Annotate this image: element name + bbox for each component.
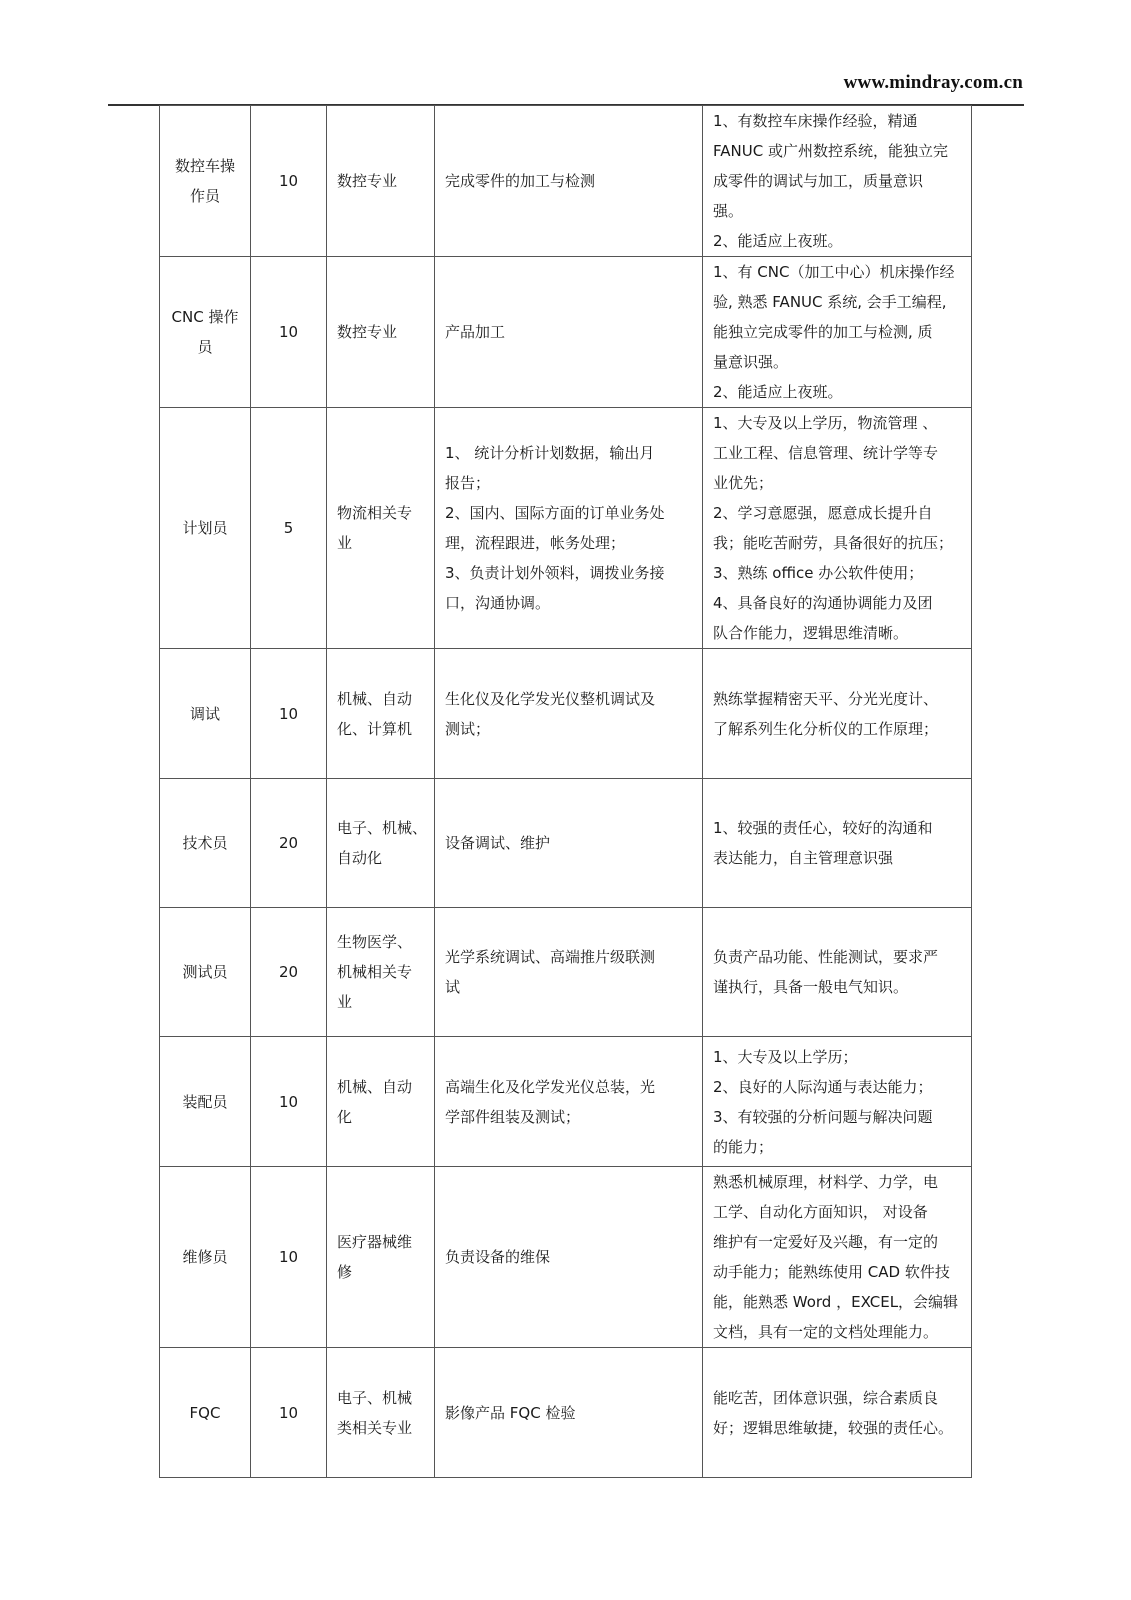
cell-text-line: 工学、自动化方面知识， 对设备 (713, 1197, 961, 1227)
cell-text-line: 报告； (445, 468, 692, 498)
cell-text-line: 机械、自动 (337, 684, 424, 714)
table-row: 调试10机械、自动化、计算机生化仪及化学发光仪整机调试及测试；熟练掌握精密天平、… (160, 649, 972, 779)
headcount-cell: 10 (251, 1037, 327, 1167)
job-title-cell: 数控车操作员 (160, 106, 251, 257)
headcount-cell: 10 (251, 1167, 327, 1348)
duty-cell: 设备调试、维护 (435, 779, 703, 908)
cell-text-line: 业 (337, 528, 424, 558)
requirements-cell: 1、大专及以上学历；2、良好的人际沟通与表达能力；3、有较强的分析问题与解决问题… (703, 1037, 972, 1167)
cell-text-line: 高端生化及化学发光仪总装，光 (445, 1072, 692, 1102)
cell-text-line: 1、 统计分析计划数据，输出月 (445, 438, 692, 468)
table-row: 维修员10医疗器械维修负责设备的维保熟悉机械原理，材料学、力学，电工学、自动化方… (160, 1167, 972, 1348)
requirements-cell: 负责产品功能、性能测试，要求严谨执行，具备一般电气知识。 (703, 908, 972, 1037)
cell-text-line: 量意识强。 (713, 347, 961, 377)
cell-text-line: 生化仪及化学发光仪整机调试及 (445, 684, 692, 714)
cell-text-line: 1、较强的责任心，较好的沟通和 (713, 813, 961, 843)
duty-cell: 生化仪及化学发光仪整机调试及测试； (435, 649, 703, 779)
cell-text: 10 (279, 705, 298, 723)
headcount-cell: 20 (251, 908, 327, 1037)
cell-text-line: 1、大专及以上学历，物流管理 、 (713, 408, 961, 438)
cell-text-line: 工业工程、信息管理、统计学等专 (713, 438, 961, 468)
cell-text: 10 (279, 1248, 298, 1266)
cell-text-line: 电子、机械 (337, 1383, 424, 1413)
cell-text-line: 口，沟通协调。 (445, 588, 692, 618)
cell-text-line: 负责产品功能、性能测试，要求严 (713, 942, 961, 972)
cell-text-line: 3、有较强的分析问题与解决问题 (713, 1102, 961, 1132)
cell-text: 10 (279, 172, 298, 190)
cell-text: 10 (279, 323, 298, 341)
cell-text-line: 业优先； (713, 468, 961, 498)
cell-text-line: 数控专业 (337, 166, 424, 196)
table-row: CNC 操作员10数控专业产品加工1、有 CNC（加工中心）机床操作经验, 熟悉… (160, 257, 972, 408)
major-cell: 电子、机械类相关专业 (327, 1348, 435, 1478)
job-title-cell: CNC 操作员 (160, 257, 251, 408)
cell-text-line: 维修员 (170, 1242, 240, 1272)
cell-text-line: 表达能力，自主管理意识强 (713, 843, 961, 873)
table-row: 技术员20电子、机械、自动化设备调试、维护1、较强的责任心，较好的沟通和表达能力… (160, 779, 972, 908)
cell-text-line: 强。 (713, 196, 961, 226)
requirements-cell: 熟练掌握精密天平、分光光度计、了解系列生化分析仪的工作原理； (703, 649, 972, 779)
cell-text-line: 影像产品 FQC 检验 (445, 1398, 692, 1428)
cell-text-line: 设备调试、维护 (445, 828, 692, 858)
requirements-cell: 1、较强的责任心，较好的沟通和表达能力，自主管理意识强 (703, 779, 972, 908)
cell-text-line: 能独立完成零件的加工与检测, 质 (713, 317, 961, 347)
job-title-cell: 维修员 (160, 1167, 251, 1348)
requirements-cell: 1、有数控车床操作经验，精通FANUC 或广州数控系统，能独立完成零件的调试与加… (703, 106, 972, 257)
job-title-cell: FQC (160, 1348, 251, 1478)
cell-text-line: 2、学习意愿强，愿意成长提升自 (713, 498, 961, 528)
cell-text-line: 文档，具有一定的文档处理能力。 (713, 1317, 961, 1347)
cell-text-line: 数控专业 (337, 317, 424, 347)
cell-text-line: 维护有一定爱好及兴趣，有一定的 (713, 1227, 961, 1257)
headcount-cell: 5 (251, 408, 327, 649)
cell-text-line: FANUC 或广州数控系统，能独立完 (713, 136, 961, 166)
cell-text-line: 调试 (170, 699, 240, 729)
major-cell: 数控专业 (327, 106, 435, 257)
cell-text-line: 4、具备良好的沟通协调能力及团 (713, 588, 961, 618)
cell-text-line: 学部件组装及测试； (445, 1102, 692, 1132)
cell-text-line: 自动化 (337, 843, 424, 873)
job-title-cell: 技术员 (160, 779, 251, 908)
cell-text-line: 电子、机械、 (337, 813, 424, 843)
cell-text-line: 能，能熟悉 Word ，EXCEL，会编辑 (713, 1287, 961, 1317)
cell-text-line: 2、能适应上夜班。 (713, 377, 961, 407)
cell-text-line: 员 (170, 332, 240, 362)
headcount-cell: 10 (251, 649, 327, 779)
requirements-cell: 1、大专及以上学历，物流管理 、工业工程、信息管理、统计学等专业优先；2、学习意… (703, 408, 972, 649)
cell-text-line: 装配员 (170, 1087, 240, 1117)
table-row: FQC10电子、机械类相关专业影像产品 FQC 检验能吃苦，团体意识强，综合素质… (160, 1348, 972, 1478)
headcount-cell: 10 (251, 106, 327, 257)
cell-text-line: 好；逻辑思维敏捷，较强的责任心。 (713, 1413, 961, 1443)
job-title-cell: 测试员 (160, 908, 251, 1037)
major-cell: 机械、自动化、计算机 (327, 649, 435, 779)
cell-text-line: 作员 (170, 181, 240, 211)
headcount-cell: 10 (251, 1348, 327, 1478)
job-title-cell: 计划员 (160, 408, 251, 649)
duty-cell: 完成零件的加工与检测 (435, 106, 703, 257)
cell-text-line: 试 (445, 972, 692, 1002)
cell-text-line: 计划员 (170, 513, 240, 543)
cell-text-line: 光学系统调试、高端推片级联测 (445, 942, 692, 972)
major-cell: 医疗器械维修 (327, 1167, 435, 1348)
job-title-cell: 装配员 (160, 1037, 251, 1167)
cell-text-line: 3、负责计划外领料，调拨业务接 (445, 558, 692, 588)
cell-text: 20 (279, 963, 298, 981)
cell-text-line: 业 (337, 987, 424, 1017)
cell-text-line: 成零件的调试与加工，质量意识 (713, 166, 961, 196)
table-row: 测试员20生物医学、机械相关专业光学系统调试、高端推片级联测试负责产品功能、性能… (160, 908, 972, 1037)
major-cell: 数控专业 (327, 257, 435, 408)
duty-cell: 高端生化及化学发光仪总装，光学部件组装及测试； (435, 1037, 703, 1167)
cell-text-line: 2、国内、国际方面的订单业务处 (445, 498, 692, 528)
cell-text-line: 数控车操 (170, 151, 240, 181)
cell-text-line: 了解系列生化分析仪的工作原理； (713, 714, 961, 744)
cell-text-line: 负责设备的维保 (445, 1242, 692, 1272)
cell-text-line: 产品加工 (445, 317, 692, 347)
cell-text-line: 2、良好的人际沟通与表达能力； (713, 1072, 961, 1102)
cell-text-line: 完成零件的加工与检测 (445, 166, 692, 196)
major-cell: 生物医学、机械相关专业 (327, 908, 435, 1037)
cell-text: 5 (284, 519, 294, 537)
requirements-cell: 能吃苦，团体意识强，综合素质良好；逻辑思维敏捷，较强的责任心。 (703, 1348, 972, 1478)
cell-text-line: 物流相关专 (337, 498, 424, 528)
cell-text-line: 生物医学、 (337, 927, 424, 957)
cell-text-line: 队合作能力，逻辑思维清晰。 (713, 618, 961, 648)
cell-text-line: 1、有数控车床操作经验，精通 (713, 106, 961, 136)
cell-text-line: 修 (337, 1257, 424, 1287)
cell-text: 10 (279, 1093, 298, 1111)
cell-text-line: 动手能力；能熟练使用 CAD 软件技 (713, 1257, 961, 1287)
cell-text-line: FQC (170, 1398, 240, 1428)
cell-text-line: 能吃苦，团体意识强，综合素质良 (713, 1383, 961, 1413)
cell-text-line: 测试员 (170, 957, 240, 987)
cell-text-line: 1、有 CNC（加工中心）机床操作经 (713, 257, 961, 287)
duty-cell: 1、 统计分析计划数据，输出月报告；2、国内、国际方面的订单业务处理，流程跟进，… (435, 408, 703, 649)
major-cell: 电子、机械、自动化 (327, 779, 435, 908)
duty-cell: 负责设备的维保 (435, 1167, 703, 1348)
cell-text-line: 谨执行，具备一般电气知识。 (713, 972, 961, 1002)
cell-text-line: CNC 操作 (170, 302, 240, 332)
cell-text-line: 机械、自动 (337, 1072, 424, 1102)
requirements-cell: 熟悉机械原理，材料学、力学，电工学、自动化方面知识， 对设备维护有一定爱好及兴趣… (703, 1167, 972, 1348)
duty-cell: 产品加工 (435, 257, 703, 408)
cell-text-line: 1、大专及以上学历； (713, 1042, 961, 1072)
table-row: 装配员10机械、自动化高端生化及化学发光仪总装，光学部件组装及测试；1、大专及以… (160, 1037, 972, 1167)
job-title-cell: 调试 (160, 649, 251, 779)
cell-text-line: 3、熟练 office 办公软件使用； (713, 558, 961, 588)
cell-text: 10 (279, 1404, 298, 1422)
table-row: 计划员5物流相关专业1、 统计分析计划数据，输出月报告；2、国内、国际方面的订单… (160, 408, 972, 649)
cell-text-line: 验, 熟悉 FANUC 系统, 会手工编程, (713, 287, 961, 317)
duty-cell: 影像产品 FQC 检验 (435, 1348, 703, 1478)
cell-text-line: 化 (337, 1102, 424, 1132)
cell-text-line: 2、能适应上夜班。 (713, 226, 961, 256)
cell-text-line: 测试； (445, 714, 692, 744)
cell-text-line: 机械相关专 (337, 957, 424, 987)
cell-text-line: 熟悉机械原理，材料学、力学，电 (713, 1167, 961, 1197)
cell-text-line: 熟练掌握精密天平、分光光度计、 (713, 684, 961, 714)
cell-text-line: 理，流程跟进，帐务处理； (445, 528, 692, 558)
major-cell: 物流相关专业 (327, 408, 435, 649)
cell-text-line: 类相关专业 (337, 1413, 424, 1443)
cell-text-line: 我；能吃苦耐劳，具备很好的抗压； (713, 528, 961, 558)
job-openings-table: 数控车操作员10数控专业完成零件的加工与检测1、有数控车床操作经验，精通FANU… (159, 105, 972, 1478)
cell-text-line: 的能力； (713, 1132, 961, 1162)
cell-text-line: 技术员 (170, 828, 240, 858)
major-cell: 机械、自动化 (327, 1037, 435, 1167)
cell-text-line: 医疗器械维 (337, 1227, 424, 1257)
headcount-cell: 20 (251, 779, 327, 908)
cell-text-line: 化、计算机 (337, 714, 424, 744)
site-url: www.mindray.com.cn (844, 72, 1023, 94)
duty-cell: 光学系统调试、高端推片级联测试 (435, 908, 703, 1037)
requirements-cell: 1、有 CNC（加工中心）机床操作经验, 熟悉 FANUC 系统, 会手工编程,… (703, 257, 972, 408)
cell-text: 20 (279, 834, 298, 852)
table-row: 数控车操作员10数控专业完成零件的加工与检测1、有数控车床操作经验，精通FANU… (160, 106, 972, 257)
headcount-cell: 10 (251, 257, 327, 408)
